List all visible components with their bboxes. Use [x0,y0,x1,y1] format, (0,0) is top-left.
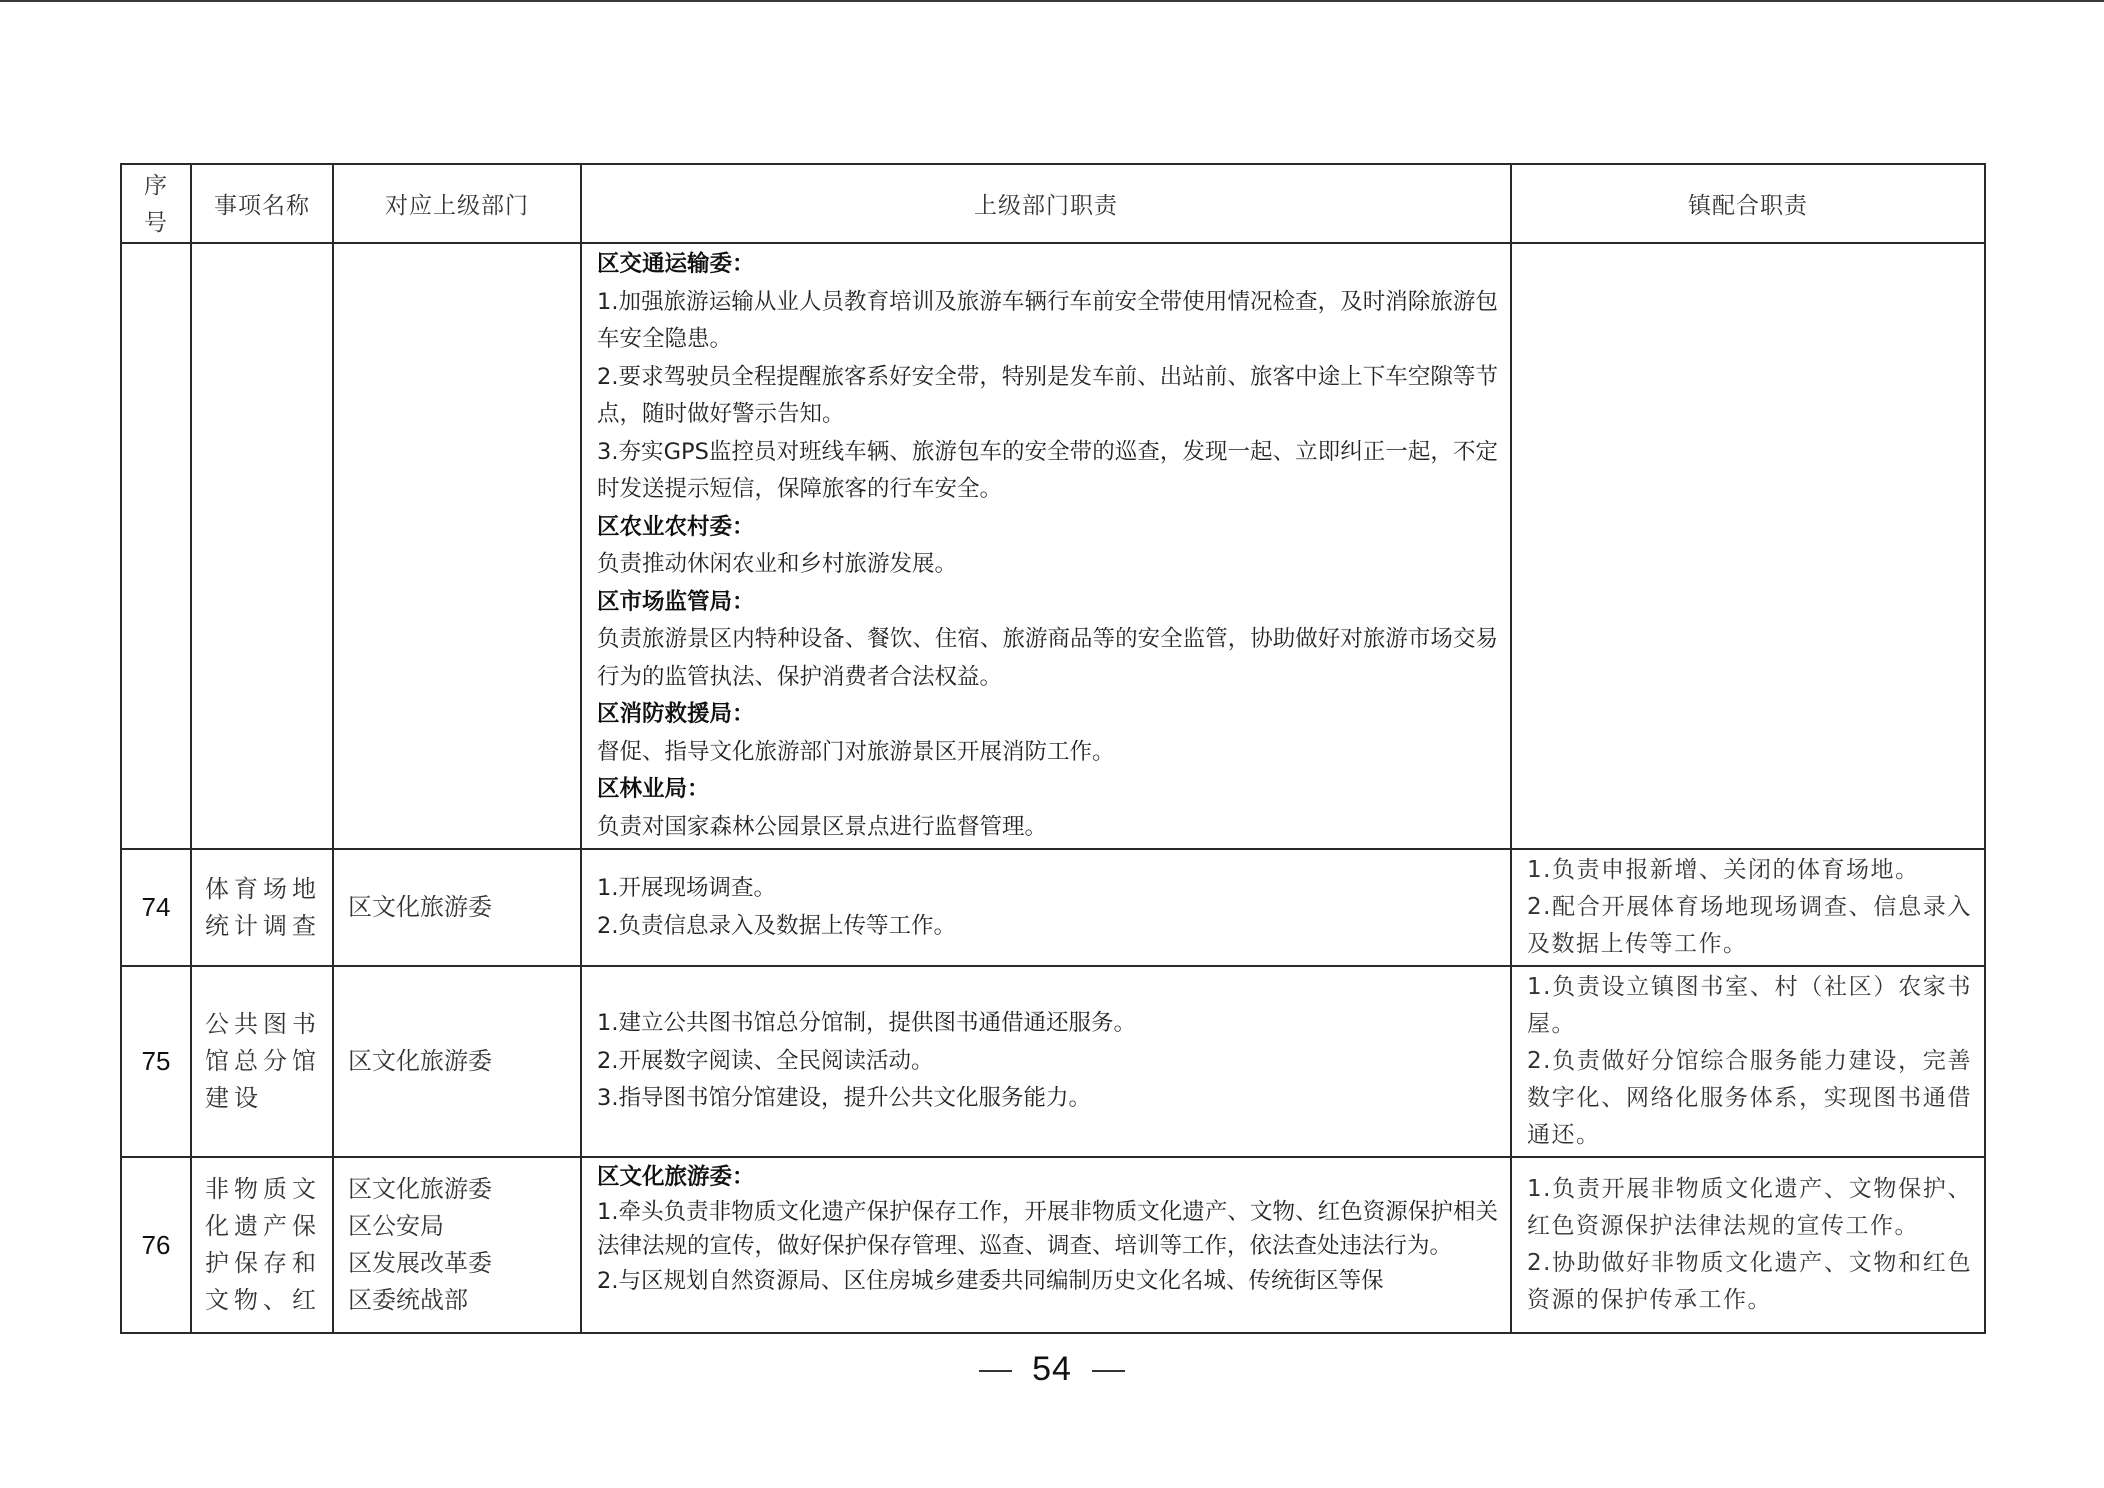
cell-town-duties [1511,243,1985,849]
town-duty-paragraph: 2.负责做好分馆综合服务能力建设，完善数字化、网络化服务体系，实现图书通借通还。 [1527,1043,1972,1154]
duty-paragraph: 3.夯实GPS监控员对班线车辆、旅游包车的安全带的巡查，发现一起、立即纠正一起，… [597,434,1498,509]
org-title: 区林业局： [597,771,1498,809]
dept-name: 区公安局 [348,1208,570,1245]
cell-item-name: 非物质文化遗产保护保存和文物、红 [191,1157,333,1333]
town-duty-paragraph: 1.负责开展非物质文化遗产、文物保护、红色资源保护法律法规的宣传工作。 [1527,1171,1972,1245]
cell-item-name: 公共图书馆总分馆建设 [191,966,333,1157]
duty-paragraph: 负责旅游景区内特种设备、餐饮、住宿、旅游商品等的安全监管，协助做好对旅游市场交易… [597,621,1498,696]
header-serial-no: 序 号 [121,164,191,243]
header-serial-no-line1: 序 [122,168,190,205]
table-row: 74 体育场地统计调查 区文化旅游委 1.开展现场调查。 2.负责信息录入及数据… [121,849,1985,966]
town-duty-paragraph: 2.协助做好非物质文化遗产、文物和红色资源的保护传承工作。 [1527,1245,1972,1319]
header-superior-duties: 上级部门职责 [581,164,1511,243]
table-row: 区交通运输委： 1.加强旅游运输从业人员教育培训及旅游车辆行车前安全带使用情况检… [121,243,1985,849]
responsibility-table: 序 号 事项名称 对应上级部门 上级部门职责 镇配合职责 区交通运输委： 1.加… [120,163,1986,1334]
duty-paragraph: 2.开展数字阅读、全民阅读活动。 [597,1043,1498,1081]
org-title: 区文化旅游委： [597,1160,1498,1195]
table-row: 76 非物质文化遗产保护保存和文物、红 区文化旅游委 区公安局 区发展改革委 区… [121,1157,1985,1333]
cell-superior-dept [333,243,581,849]
duty-paragraph: 2.与区规划自然资源局、区住房城乡建委共同编制历史文化名城、传统街区等保 [597,1264,1498,1299]
cell-serial-no: 76 [121,1157,191,1333]
dept-name: 区委统战部 [348,1282,570,1319]
dept-name: 区文化旅游委 [348,1043,570,1080]
table-row: 75 公共图书馆总分馆建设 区文化旅游委 1.建立公共图书馆总分馆制，提供图书通… [121,966,1985,1157]
org-title: 区消防救援局： [597,696,1498,734]
cell-superior-dept: 区文化旅游委 [333,849,581,966]
duty-paragraph: 1.加强旅游运输从业人员教育培训及旅游车辆行车前安全带使用情况检查，及时消除旅游… [597,284,1498,359]
table-header-row: 序 号 事项名称 对应上级部门 上级部门职责 镇配合职责 [121,164,1985,243]
page-number-value: 54 [1032,1350,1072,1388]
org-title: 区农业农村委： [597,509,1498,547]
duty-paragraph: 2.要求驾驶员全程提醒旅客系好安全带，特别是发车前、出站前、旅客中途上下车空隙等… [597,359,1498,434]
page-number-dash-left [979,1370,1012,1372]
cell-serial-no: 75 [121,966,191,1157]
cell-item-name: 体育场地统计调查 [191,849,333,966]
cell-serial-no: 74 [121,849,191,966]
cell-town-duties: 1.负责设立镇图书室、村（社区）农家书屋。 2.负责做好分馆综合服务能力建设，完… [1511,966,1985,1157]
duty-paragraph: 负责推动休闲农业和乡村旅游发展。 [597,546,1498,584]
dept-name: 区文化旅游委 [348,1171,570,1208]
duty-paragraph: 负责对国家森林公园景区景点进行监督管理。 [597,809,1498,847]
cell-superior-duties: 区交通运输委： 1.加强旅游运输从业人员教育培训及旅游车辆行车前安全带使用情况检… [581,243,1511,849]
dept-name: 区文化旅游委 [348,889,570,926]
duty-paragraph: 1.建立公共图书馆总分馆制，提供图书通借通还服务。 [597,1005,1498,1043]
cell-superior-duties: 1.开展现场调查。 2.负责信息录入及数据上传等工作。 [581,849,1511,966]
page-number-dash-right [1092,1370,1125,1372]
town-duty-paragraph: 1.负责设立镇图书室、村（社区）农家书屋。 [1527,969,1972,1043]
page-number: 54 [0,1350,2104,1389]
header-superior-dept: 对应上级部门 [333,164,581,243]
org-title: 区交通运输委： [597,246,1498,284]
cell-town-duties: 1.负责申报新增、关闭的体育场地。 2.配合开展体育场地现场调查、信息录入及数据… [1511,849,1985,966]
duty-paragraph: 1.开展现场调查。 [597,870,1498,908]
duty-paragraph: 1.牵头负责非物质文化遗产保护保存工作，开展非物质文化遗产、文物、红色资源保护相… [597,1195,1498,1264]
cell-superior-duties: 区文化旅游委： 1.牵头负责非物质文化遗产保护保存工作，开展非物质文化遗产、文物… [581,1157,1511,1333]
header-serial-no-line2: 号 [122,205,190,242]
duty-paragraph: 3.指导图书馆分馆建设，提升公共文化服务能力。 [597,1080,1498,1118]
page-top-rule [0,0,2104,2]
dept-name: 区发展改革委 [348,1245,570,1282]
town-duty-paragraph: 2.配合开展体育场地现场调查、信息录入及数据上传等工作。 [1527,889,1972,963]
cell-superior-dept: 区文化旅游委 [333,966,581,1157]
cell-item-name [191,243,333,849]
cell-superior-dept: 区文化旅游委 区公安局 区发展改革委 区委统战部 [333,1157,581,1333]
town-duty-paragraph: 1.负责申报新增、关闭的体育场地。 [1527,852,1972,889]
header-town-duties: 镇配合职责 [1511,164,1985,243]
org-title: 区市场监管局： [597,584,1498,622]
duty-paragraph: 督促、指导文化旅游部门对旅游景区开展消防工作。 [597,734,1498,772]
cell-superior-duties: 1.建立公共图书馆总分馆制，提供图书通借通还服务。 2.开展数字阅读、全民阅读活… [581,966,1511,1157]
duty-paragraph: 2.负责信息录入及数据上传等工作。 [597,908,1498,946]
header-item-name: 事项名称 [191,164,333,243]
cell-town-duties: 1.负责开展非物质文化遗产、文物保护、红色资源保护法律法规的宣传工作。 2.协助… [1511,1157,1985,1333]
cell-serial-no [121,243,191,849]
